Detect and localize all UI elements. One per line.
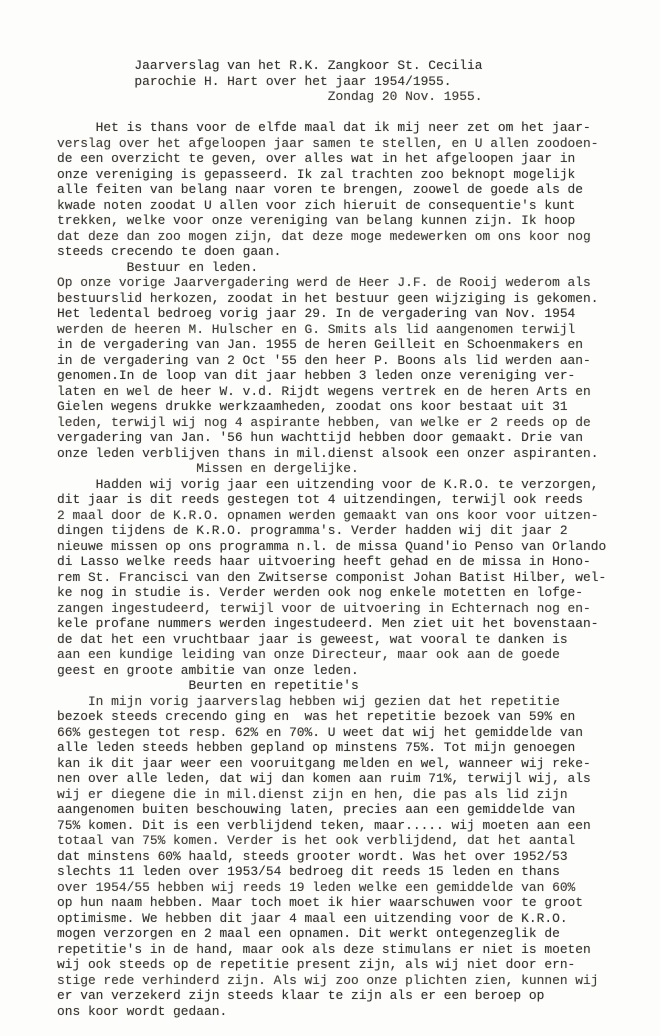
body-text-line: Op onze vorige Jaarvergadering werd de H… [57,275,637,291]
body-text-line: vergadering van Jan. '56 hun wachttijd h… [57,430,637,446]
body-text-line: geest en groote ambitie van onze leden. [57,663,637,679]
body-text-line: laten en wel de heer W. v.d. Rijdt wegen… [57,384,637,400]
body-text-line: 66% gestegen tot resp. 62% en 70%. U wee… [57,725,637,741]
body-text-line: trekken, welke voor onze vereniging van … [57,213,637,229]
body-text-line: Hadden wij vorig jaar een uitzending voo… [57,477,637,493]
body-text-line: aan een kundige leiding van onze Directe… [57,647,637,663]
body-text-line: op hun naam hebben. Maar toch moet ik hi… [57,895,637,911]
body-text-line: di Lasso welke reeds haar uitvoering hee… [57,554,637,570]
body-text-line: wij ook steeds op de repetitie present z… [57,957,637,973]
body-text-line: Het ledental bedroeg vorig jaar 29. In d… [57,306,637,322]
body-text-line: kwade noten zoodat U allen voor zich hie… [57,198,637,214]
body-text-line: alle leden steeds hebben gepland op mins… [57,740,637,756]
body-text-line: bestuurslid herkozen, zoodat in het best… [57,291,637,307]
section-heading: Beurten en repetitie's [57,678,637,694]
blank-line [57,105,637,121]
body-text-line: de dat het een vruchtbaar jaar is gewees… [57,632,637,648]
body-text-line: Gielen wegens drukke werkzaamheden, zood… [57,399,637,415]
body-text-line: leden, terwijl wij nog 4 aspirante hebbe… [57,415,637,431]
body-text-line: rem St. Francisci van den Zwitserse comp… [57,570,637,586]
body-text-line: de een overzicht te geven, over alles wa… [57,151,637,167]
body-text-line: wij er diegene die in mil.dienst zijn en… [57,787,637,803]
section-heading: Missen en dergelijke. [57,461,637,477]
body-text-line: stige rede verhinderd zijn. Als wij zoo … [57,973,637,989]
body-text-line: totaal van 75% komen. Verder is het ook … [57,833,637,849]
body-text-line: over 1954/55 hebben wij reeds 19 leden w… [57,880,637,896]
scanned-document-page: Jaarverslag van het R.K. Zangkoor St. Ce… [0,0,660,1036]
body-text-line: dit jaar is dit reeds gestegen tot 4 uit… [57,492,637,508]
body-text-line: er van verzekerd zijn steeds klaar te zi… [57,988,637,1004]
body-text-line: kele profane nummers werden ingestudeerd… [57,616,637,632]
body-text-line: slechts 11 leden over 1953/54 bedroeg di… [57,864,637,880]
document-text: Jaarverslag van het R.K. Zangkoor St. Ce… [57,58,637,1019]
body-text-line: dat minstens 60% haald, steeds grooter w… [57,849,637,865]
body-text-line: in de vergadering van Jan. 1955 de heren… [57,337,637,353]
body-text-line: onze vereniging is gepasseerd. Ik zal tr… [57,167,637,183]
body-text-line: steeds crecendo te doen gaan. [57,244,637,260]
document-date-line: Zondag 20 Nov. 1955. [57,89,637,105]
body-text-line: 2 maal door de K.R.O. opnamen werden gem… [57,508,637,524]
body-text-line: 75% komen. Dit is een verblijdend teken,… [57,818,637,834]
body-text-line: in de vergadering van 2 Oct '55 den heer… [57,353,637,369]
body-text-line: bezoek steeds crecendo ging en was het r… [57,709,637,725]
body-text-line: repetitie's in de hand, maar ook als dez… [57,942,637,958]
body-text-line: zangen ingestudeerd, terwijl voor de uit… [57,601,637,617]
body-text-line: aangenomen buiten beschouwing laten, pre… [57,802,637,818]
body-text-line: alle feiten van belang naar voren te bre… [57,182,637,198]
body-text-line: Het is thans voor de elfde maal dat ik m… [57,120,637,136]
body-text-line: mogen verzorgen en 2 maal een opnamen. D… [57,926,637,942]
body-text-line: genomen.In de loop van dit jaar hebben 3… [57,368,637,384]
body-text-line: In mijn vorig jaarverslag hebben wij gez… [57,694,637,710]
body-text-line: kan ik dit jaar weer een vooruitgang mel… [57,756,637,772]
body-text-line: verslag over het afgeloopen jaar samen t… [57,136,637,152]
body-text-line: onze leden verblijven thans in mil.diens… [57,446,637,462]
body-text-line: dingen tijdens de K.R.O. programma's. Ve… [57,523,637,539]
document-title-line: parochie H. Hart over het jaar 1954/1955… [57,74,637,90]
document-title-line: Jaarverslag van het R.K. Zangkoor St. Ce… [57,58,637,74]
body-text-line: nen over alle leden, dat wij dan komen a… [57,771,637,787]
body-text-line: ons koor wordt gedaan. [57,1004,637,1020]
body-text-line: dat deze dan zoo mogen zijn, dat deze mo… [57,229,637,245]
body-text-line: werden de heeren M. Hulscher en G. Smits… [57,322,637,338]
section-heading: Bestuur en leden. [57,260,637,276]
body-text-line: nieuwe missen op ons programma n.l. de m… [57,539,637,555]
body-text-line: optimisme. We hebben dit jaar 4 maal een… [57,911,637,927]
body-text-line: ke nog in studie is. Verder werden ook n… [57,585,637,601]
